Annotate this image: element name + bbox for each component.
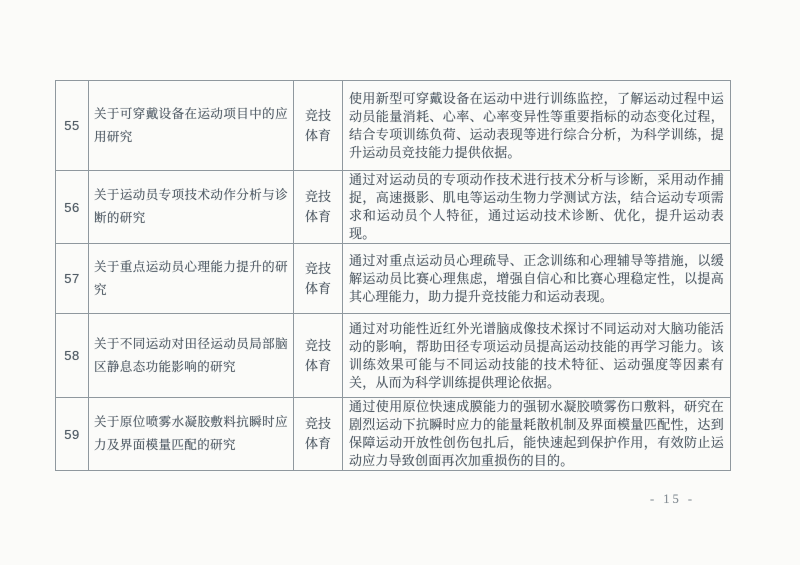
row-number-cell: 58 bbox=[56, 314, 89, 398]
research-topics-table: 55 关于可穿戴设备在运动项目中的应用研究 竞技体育 使用新型可穿戴设备在运动中… bbox=[55, 80, 731, 471]
topic-title-cell: 关于重点运动员心理能力提升的研究 bbox=[89, 244, 294, 314]
topic-title-cell: 关于运动员专项技术动作分析与诊断的研究 bbox=[89, 171, 294, 244]
category-cell: 竞技体育 bbox=[294, 398, 343, 471]
description-cell: 通过对运动员的专项动作技术进行技术分析与诊断，采用动作捕捉，高速摄影、肌电等运动… bbox=[343, 171, 731, 244]
description-cell: 通过对功能性近红外光谱脑成像技术探讨不同运动对大脑功能活动的影响，帮助田径专项运… bbox=[343, 314, 731, 398]
category-cell: 竞技体育 bbox=[294, 81, 343, 171]
page-number: - 15 - bbox=[650, 492, 695, 507]
scanned-document-page: 55 关于可穿戴设备在运动项目中的应用研究 竞技体育 使用新型可穿戴设备在运动中… bbox=[0, 0, 800, 565]
topic-title-cell: 关于可穿戴设备在运动项目中的应用研究 bbox=[89, 81, 294, 171]
topic-title-cell: 关于原位喷雾水凝胶敷料抗瞬时应力及界面模量匹配的研究 bbox=[89, 398, 294, 471]
topic-title-cell: 关于不同运动对田径运动员局部脑区静息态功能影响的研究 bbox=[89, 314, 294, 398]
description-cell: 使用新型可穿戴设备在运动中进行训练监控，了解运动过程中运动员能量消耗、心率、心率… bbox=[343, 81, 731, 171]
table-row: 56 关于运动员专项技术动作分析与诊断的研究 竞技体育 通过对运动员的专项动作技… bbox=[56, 171, 731, 244]
row-number-cell: 55 bbox=[56, 81, 89, 171]
category-cell: 竞技体育 bbox=[294, 171, 343, 244]
row-number-cell: 56 bbox=[56, 171, 89, 244]
table-row: 57 关于重点运动员心理能力提升的研究 竞技体育 通过对重点运动员心理疏导、正念… bbox=[56, 244, 731, 314]
row-number-cell: 57 bbox=[56, 244, 89, 314]
category-cell: 竞技体育 bbox=[294, 244, 343, 314]
table-row: 55 关于可穿戴设备在运动项目中的应用研究 竞技体育 使用新型可穿戴设备在运动中… bbox=[56, 81, 731, 171]
description-cell: 通过使用原位快速成膜能力的强韧水凝胶喷雾伤口敷料，研究在剧烈运动下抗瞬时应力的能… bbox=[343, 398, 731, 471]
table-row: 59 关于原位喷雾水凝胶敷料抗瞬时应力及界面模量匹配的研究 竞技体育 通过使用原… bbox=[56, 398, 731, 471]
table-row: 58 关于不同运动对田径运动员局部脑区静息态功能影响的研究 竞技体育 通过对功能… bbox=[56, 314, 731, 398]
category-cell: 竞技体育 bbox=[294, 314, 343, 398]
description-cell: 通过对重点运动员心理疏导、正念训练和心理辅导等措施，以缓解运动员比赛心理焦虑，增… bbox=[343, 244, 731, 314]
row-number-cell: 59 bbox=[56, 398, 89, 471]
